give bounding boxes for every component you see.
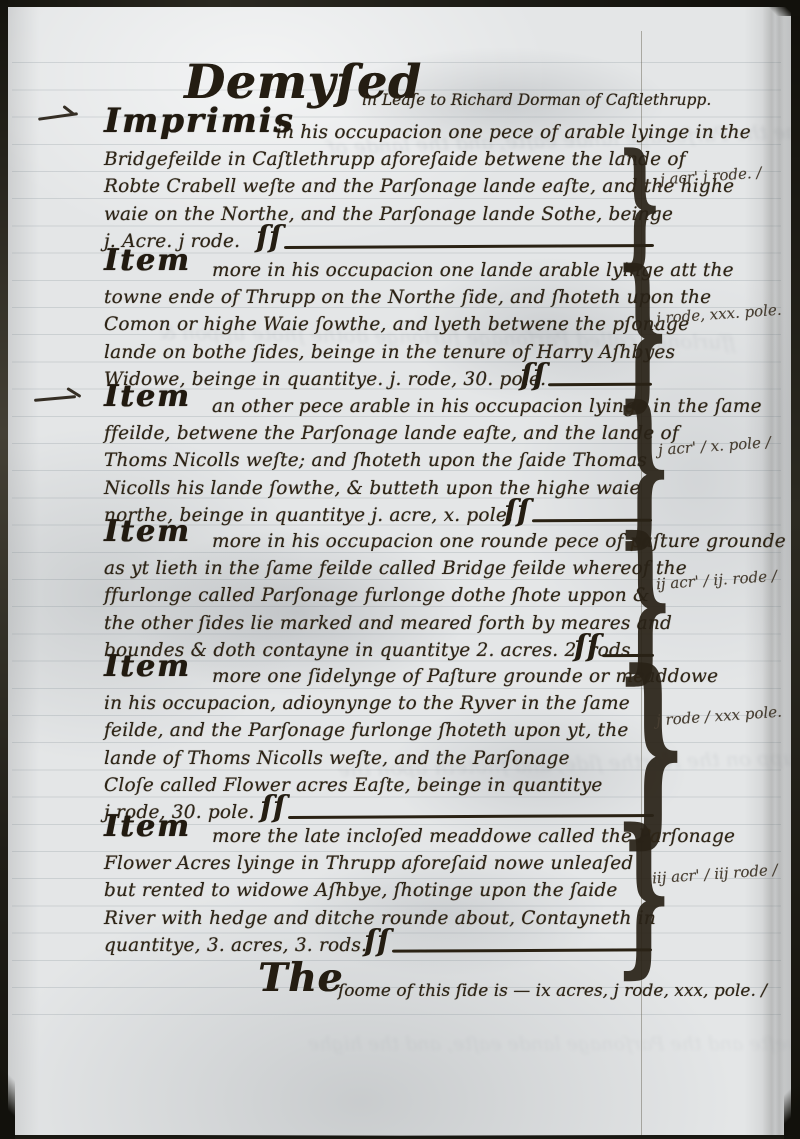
entry-line: ffeilde, betwene the Parſonage lande eaſ… [104,420,652,447]
entry-line: feilde, and the Parſonage furlonge ſhote… [104,717,652,744]
sum-initial: The [258,955,343,1001]
entry-line: Robte Crabell weſte and the Parſonage la… [104,173,652,200]
entry-line: Nicolls his lande ſowthe, & butteth upon… [104,475,652,502]
entry-initial: Imprimis [104,101,295,141]
entry-line: as yt lieth in the ſame feilde called Br… [104,555,652,582]
paragraph-mark: ſſ [504,497,530,527]
entry-initial: Item [104,379,191,414]
sum-text: ſoome of this ſide is — ix acres, j rode… [338,981,767,1001]
photo-edge-left [0,0,8,1139]
manuscript-photo: ffeilde, betwene the Parſonage lande eaſ… [0,0,800,1139]
entry-line: waie on the Northe, and the Parſonage la… [104,201,652,228]
entry-initial: Item [104,809,191,844]
entry-line: Cloſe called Flower acres Eaſte, beinge … [104,772,652,799]
entry-item-4: Item more one ſidelynge of Paſture groun… [104,663,652,826]
entry-item-2: Item an other pece arable in his occupac… [104,393,652,529]
entry-initial: Item [104,649,191,684]
entry-initial: Item [104,514,191,549]
heading-text: in Leaſe to Richard Dorman of Caſtlethru… [362,91,711,109]
photo-edge-bottom [0,1135,800,1139]
entry-line: the other ſides lie marked and meared fo… [104,610,652,637]
paragraph-mark: ſſ [364,927,390,957]
paragraph-mark: ſſ [574,632,600,662]
entry-line: but rented to widowe Aſhbye, ſhotinge up… [104,877,652,904]
entry-item-1: Item more in his occupacion one lande ar… [104,257,652,393]
entry-line: ffurlonge called Parſonage furlonge doth… [104,582,652,609]
entry-brace: } [616,829,638,957]
entry-item-3: Item more in his occupacion one rounde p… [104,528,652,664]
entry-imprimis: Imprimis in his occupacion one pece of a… [104,119,652,255]
entry-line: Flower Acres lyinge in Thrupp aforeſaid … [104,850,652,877]
bleedthrough-ghost-text: Robte Crabell weſte and the Parſonage la… [308,1033,800,1055]
entry-line: Bridgefeilde in Caſtlethrupp aforeſaide … [104,146,652,173]
paragraph-mark: ſſ [256,223,282,253]
entry-line: Thoms Nicolls weſte; and ſhoteth upon th… [104,447,652,474]
margin-tick [34,395,76,401]
entry-line: towne ende of Thrupp on the Northe ſide,… [104,284,652,311]
paragraph-mark: ſſ [260,793,286,823]
entry-line: lande on bothe ſides, beinge in the tenu… [104,339,652,366]
entry-line: in his occupacion, adioynynge to the Ryv… [104,690,652,717]
photo-edge-top [0,0,800,7]
manuscript-paper: ffeilde, betwene the Parſonage lande eaſ… [8,7,791,1136]
entry-line: Comon or highe Waie ſowthe, and lyeth be… [104,311,652,338]
entry-initial: Item [104,243,191,278]
paragraph-mark: ſſ [520,361,546,391]
photo-edge-right [791,0,800,1139]
entry-line: lande of Thoms Nicolls weſte, and the Pa… [104,745,652,772]
